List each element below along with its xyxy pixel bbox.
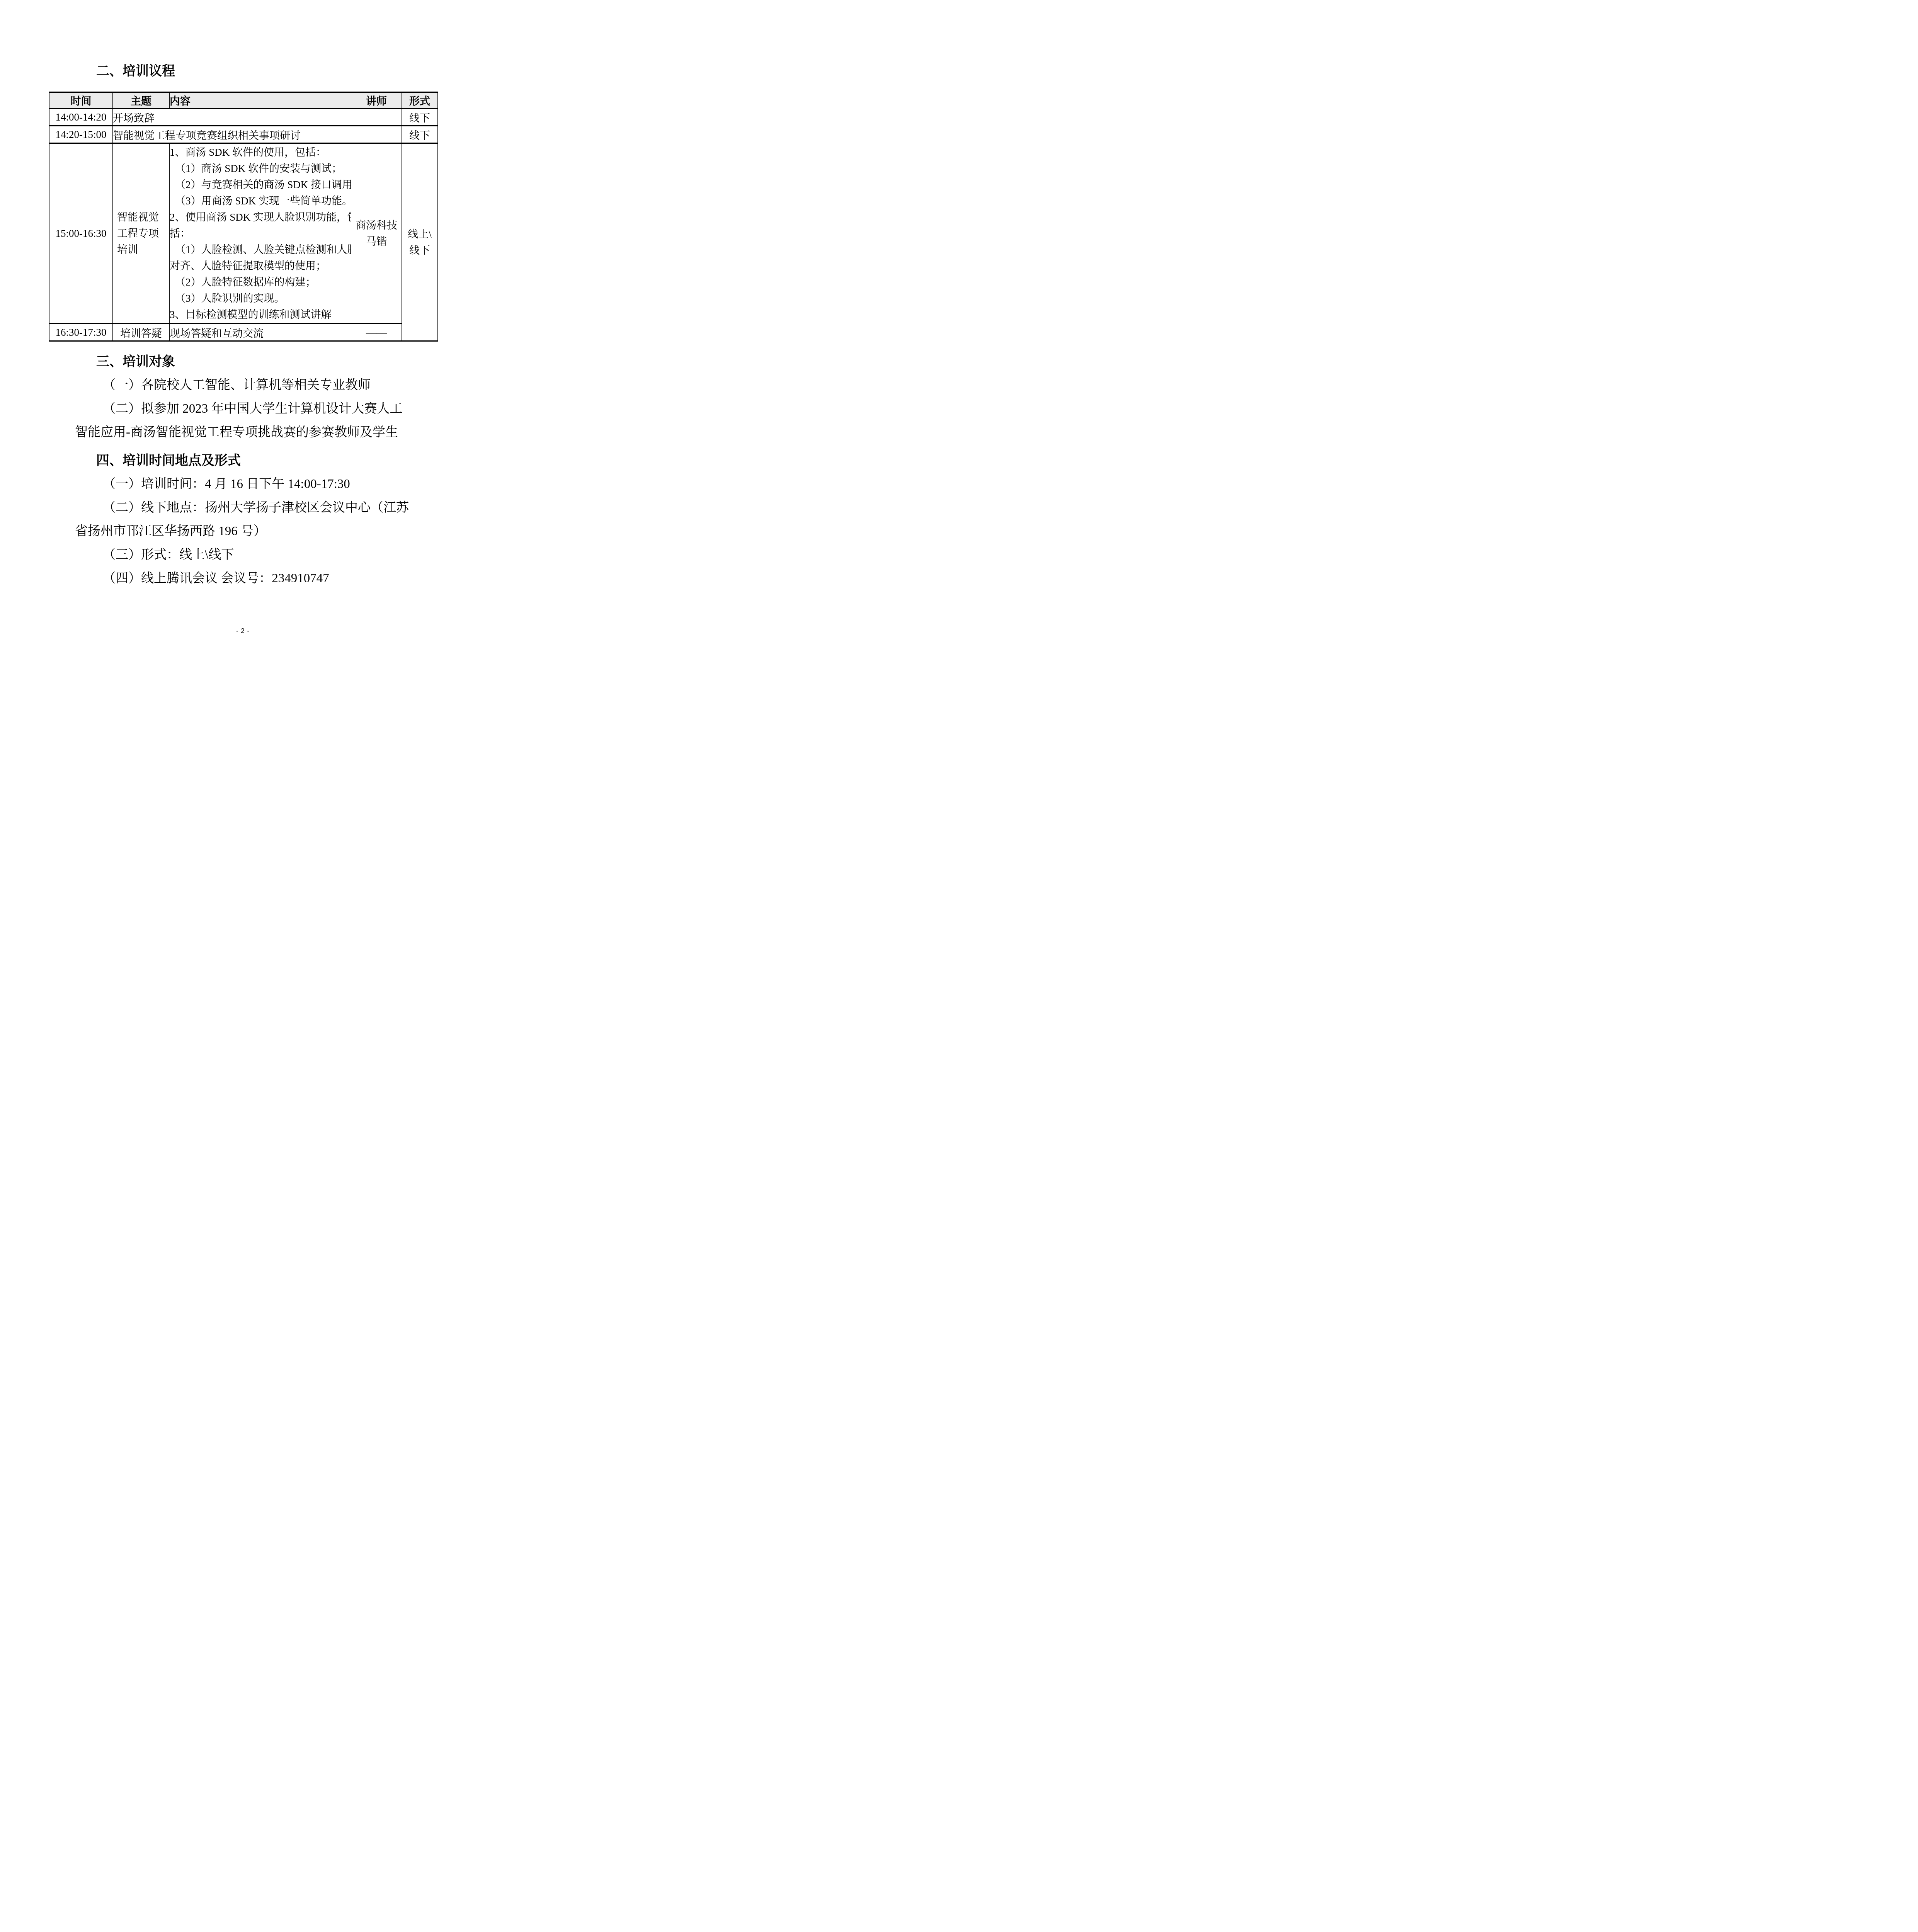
format-line: 线下 [402, 242, 437, 259]
content-line: 括： [170, 225, 351, 241]
table-row-3: 15:00-16:30 智能视觉 工程专项 培训 1、商汤 SDK 软件的使用，… [49, 143, 438, 324]
table-row-2: 14:20-15:00 智能视觉工程专项竞赛组织相关事项研讨 线下 [49, 126, 438, 143]
content-line: （2）与竞赛相关的商汤 SDK 接口调用； [170, 177, 351, 193]
row3-row4-format: 线上\ 线下 [402, 143, 438, 341]
row1-activity: 开场致辞 [113, 109, 402, 126]
table-row-4: 16:30-17:30 培训答疑 现场答疑和互动交流 —— [49, 324, 438, 341]
paragraph-format: （三）形式：线上\线下 [75, 543, 411, 567]
page-number: - 2 - [75, 625, 411, 637]
row1-time: 14:00-14:20 [49, 109, 113, 126]
paragraph-training-time: （一）培训时间：4 月 16 日下午 14:00-17:30 [75, 473, 411, 496]
row1-format: 线下 [402, 109, 438, 126]
header-content: 内容 [170, 92, 351, 109]
row3-time: 15:00-16:30 [49, 143, 113, 324]
paragraph-meeting-number: （四）线上腾讯会议 会议号：234910747 [75, 567, 411, 590]
lecturer-line: 商汤科技 [351, 217, 402, 233]
row3-topic-line: 工程专项 [113, 225, 169, 241]
row3-topic-line: 智能视觉 [113, 209, 169, 225]
section-3-heading: 三、培训对象 [96, 350, 411, 374]
row3-lecturer: 商汤科技 马锴 [351, 143, 402, 324]
header-lecturer: 讲师 [351, 92, 402, 109]
content-line: （2）人脸特征数据库的构建； [170, 274, 351, 290]
paragraph-audience-2-line2: 智能应用-商汤智能视觉工程专项挑战赛的参赛教师及学生 [75, 421, 411, 444]
lecturer-line: 马锴 [351, 233, 402, 250]
paragraph-audience-1: （一）各院校人工智能、计算机等相关专业教师 [75, 374, 411, 397]
row2-format: 线下 [402, 126, 438, 143]
row3-content: 1、商汤 SDK 软件的使用，包括： （1）商汤 SDK 软件的安装与测试； （… [170, 143, 351, 324]
header-format: 形式 [402, 92, 438, 109]
agenda-table: 时间 主题 内容 讲师 形式 14:00-14:20 开场致辞 线下 14:20… [49, 92, 438, 342]
section-2-heading: 二、培训议程 [96, 60, 411, 83]
section-4-heading: 四、培训时间地点及形式 [96, 449, 411, 473]
content-line: 2、使用商汤 SDK 实现人脸识别功能，包 [170, 209, 351, 225]
table-row-1: 14:00-14:20 开场致辞 线下 [49, 109, 438, 126]
content-line: （1）人脸检测、人脸关键点检测和人脸 [170, 241, 351, 258]
row4-lecturer: —— [351, 324, 402, 341]
row2-activity: 智能视觉工程专项竞赛组织相关事项研讨 [113, 126, 402, 143]
paragraph-venue-line1: （二）线下地点：扬州大学扬子津校区会议中心（江苏 [75, 496, 411, 520]
document-content: 二、培训议程 时间 主题 内容 讲师 形式 14:00-14:20 开场致辞 线… [0, 0, 480, 637]
content-line: 3、目标检测模型的训练和测试讲解 [170, 306, 351, 323]
paragraph-venue-line2: 省扬州市邗江区华扬西路 196 号） [75, 520, 411, 543]
format-line: 线上\ [402, 226, 437, 242]
row3-topic-line: 培训 [113, 241, 169, 258]
header-topic: 主题 [113, 92, 170, 109]
row4-content: 现场答疑和互动交流 [170, 324, 351, 341]
row4-time: 16:30-17:30 [49, 324, 113, 341]
row4-topic: 培训答疑 [113, 324, 170, 341]
content-line: （1）商汤 SDK 软件的安装与测试； [170, 160, 351, 177]
content-line: （3）用商汤 SDK 实现一些简单功能。 [170, 193, 351, 209]
table-header-row: 时间 主题 内容 讲师 形式 [49, 92, 438, 109]
paragraph-audience-2-line1: （二）拟参加 2023 年中国大学生计算机设计大赛人工 [75, 397, 411, 421]
content-line: 对齐、人脸特征提取模型的使用； [170, 258, 351, 274]
header-time: 时间 [49, 92, 113, 109]
row3-topic: 智能视觉 工程专项 培训 [113, 143, 170, 324]
row2-time: 14:20-15:00 [49, 126, 113, 143]
content-line: （3）人脸识别的实现。 [170, 290, 351, 306]
document-page: 二、培训议程 时间 主题 内容 讲师 形式 14:00-14:20 开场致辞 线… [0, 0, 480, 678]
content-line: 1、商汤 SDK 软件的使用，包括： [170, 144, 351, 160]
